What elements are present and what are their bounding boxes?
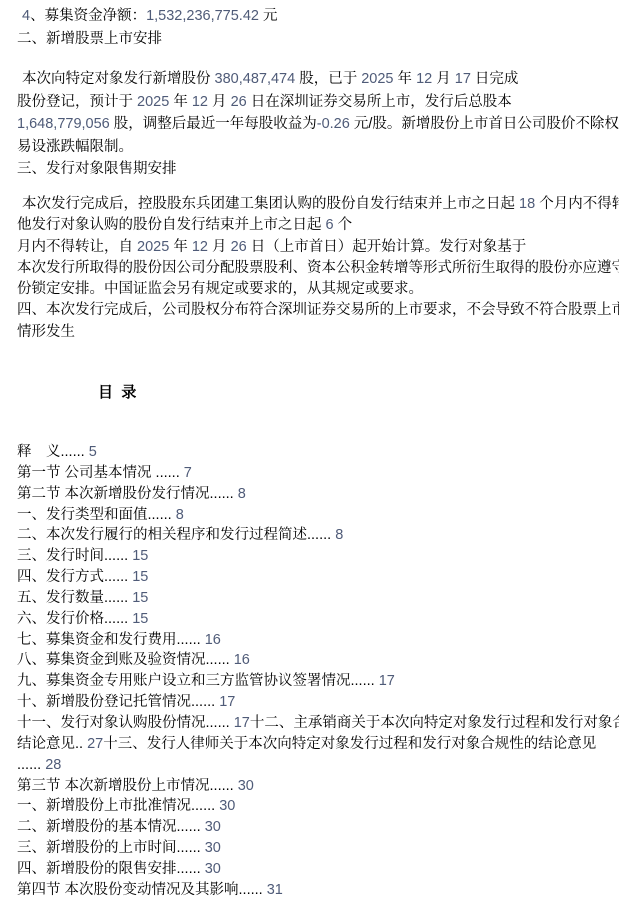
numeric-value: 30	[205, 861, 221, 877]
numeric-value: 16	[234, 652, 250, 668]
toc-heading: 目 录	[98, 381, 136, 402]
numeric-value: 1,648,779,056	[17, 116, 110, 132]
numeric-value: 15	[132, 548, 148, 564]
toc-entry: 第四节 本次股份变动情况及其影响...... 31	[17, 880, 619, 897]
numeric-value: 12	[192, 94, 208, 110]
numeric-value: 26	[231, 239, 247, 255]
body-text-line: 四、本次发行完成后，公司股权分布符合深圳证券交易所的上市要求，不会导致不符合股票…	[17, 300, 619, 321]
numeric-value: 380,487,474	[215, 71, 296, 87]
toc-entry: 六、发行价格...... 15	[17, 609, 619, 630]
body-text-line: 份锁定安排。中国证监会另有规定或要求的，从其规定或要求。	[17, 279, 619, 300]
body-text-line: 易设涨跌幅限制。	[17, 136, 619, 159]
numeric-value: 31	[267, 882, 283, 897]
toc-entry: 九、募集资金专用账户设立和三方监管协议签署情况...... 17	[17, 671, 619, 692]
toc-entry: 第一节 公司基本情况 ...... 7	[17, 463, 619, 484]
toc-entry: ...... 28	[17, 755, 619, 776]
toc-entry: 四、新增股份的限售安排...... 30	[17, 859, 619, 880]
numeric-value: 2025	[361, 71, 393, 87]
body-text-line: 本次发行完成后，控股股东兵团建工集团认购的股份自发行结束并上市之日起 18 个月…	[17, 194, 619, 215]
toc-entry: 第三节 本次新增股份上市情况...... 30	[17, 776, 619, 797]
body-text-line: 二、新增股票上市安排	[17, 28, 619, 51]
toc-entry: 一、新增股份上市批准情况...... 30	[17, 796, 619, 817]
numeric-value: 30	[238, 778, 254, 794]
toc-entry: 八、募集资金到账及验资情况...... 16	[17, 650, 619, 671]
numeric-value: 18	[519, 196, 535, 212]
toc-entry: 三、发行时间...... 15	[17, 546, 619, 567]
body-text-line: 他发行对象认购的股份自发行结束并上市之日起 6 个	[17, 215, 619, 236]
toc-entry: 十一、发行对象认购股份情况...... 17十二、主承销商关于本次向特定对象发行…	[17, 713, 619, 734]
numeric-value: 8	[335, 527, 343, 543]
toc-entry: 第二节 本次新增股份发行情况...... 8	[17, 484, 619, 505]
numeric-value: 17	[379, 673, 395, 689]
listing-arrangement-paragraph: 本次向特定对象发行新增股份 380,487,474 股，已于 2025 年 12…	[17, 68, 619, 181]
numeric-value: 30	[205, 819, 221, 835]
toc-entry: 十、新增股份登记托管情况...... 17	[17, 692, 619, 713]
toc-entry: 一、发行类型和面值...... 8	[17, 505, 619, 526]
numeric-value: 5	[89, 444, 97, 460]
numeric-value: -0.26	[317, 116, 350, 132]
numeric-value: 2025	[137, 94, 169, 110]
table-of-contents: 释 义...... 5第一节 公司基本情况 ...... 7第二节 本次新增股份…	[17, 442, 619, 897]
document-page: { "page": { "background": "#ffffff", "te…	[0, 0, 619, 897]
numeric-value: 4	[22, 8, 30, 24]
fund-summary-section: 4、募集资金净额：1,532,236,775.42 元二、新增股票上市安排	[17, 5, 619, 50]
body-text-line: 情形发生	[17, 322, 619, 343]
numeric-value: 12	[192, 239, 208, 255]
numeric-value: 8	[238, 486, 246, 502]
numeric-value: 6	[326, 217, 334, 233]
numeric-value: 2025	[137, 239, 169, 255]
numeric-value: 17	[455, 71, 471, 87]
body-text-line: 月内不得转让，自 2025 年 12 月 26 日（上市首日）起开始计算。发行对…	[17, 237, 619, 258]
body-text-line: 1,648,779,056 股，调整后最近一年每股收益为-0.26 元/股。新增…	[17, 113, 619, 136]
toc-entry: 释 义...... 5	[17, 442, 619, 463]
numeric-value: 17	[219, 694, 235, 710]
toc-entry: 二、新增股份的基本情况...... 30	[17, 817, 619, 838]
numeric-value: 12	[416, 71, 432, 87]
numeric-value: 15	[132, 611, 148, 627]
body-text-line: 股份登记，预计于 2025 年 12 月 26 日在深圳证券交易所上市，发行后总…	[17, 91, 619, 114]
toc-entry: 结论意见.. 27十三、发行人律师关于本次向特定对象发行过程和发行对象合规性的结…	[17, 734, 619, 755]
body-text-line: 4、募集资金净额：1,532,236,775.42 元	[17, 5, 619, 28]
body-text-line: 三、发行对象限售期安排	[17, 158, 619, 181]
body-text-line: 本次发行所取得的股份因公司分配股票股利、资本公积金转增等形式所衍生取得的股份亦应…	[17, 258, 619, 279]
numeric-value: 16	[205, 632, 221, 648]
numeric-value: 30	[205, 840, 221, 856]
numeric-value: 27	[87, 736, 103, 752]
numeric-value: 8	[176, 507, 184, 523]
toc-entry: 七、募集资金和发行费用...... 16	[17, 630, 619, 651]
numeric-value: 28	[45, 757, 61, 773]
lockup-arrangement-paragraph: 本次发行完成后，控股股东兵团建工集团认购的股份自发行结束并上市之日起 18 个月…	[17, 194, 619, 343]
toc-entry: 五、发行数量...... 15	[17, 588, 619, 609]
numeric-value: 30	[219, 798, 235, 814]
numeric-value: 1,532,236,775.42	[146, 8, 259, 24]
toc-entry: 二、本次发行履行的相关程序和发行过程简述...... 8	[17, 525, 619, 546]
numeric-value: 15	[132, 569, 148, 585]
numeric-value: 15	[132, 590, 148, 606]
numeric-value: 17	[234, 715, 250, 731]
numeric-value: 7	[184, 465, 192, 481]
toc-entry: 三、新增股份的上市时间...... 30	[17, 838, 619, 859]
body-text-line: 本次向特定对象发行新增股份 380,487,474 股，已于 2025 年 12…	[17, 68, 619, 91]
toc-entry: 四、发行方式...... 15	[17, 567, 619, 588]
numeric-value: 26	[231, 94, 247, 110]
